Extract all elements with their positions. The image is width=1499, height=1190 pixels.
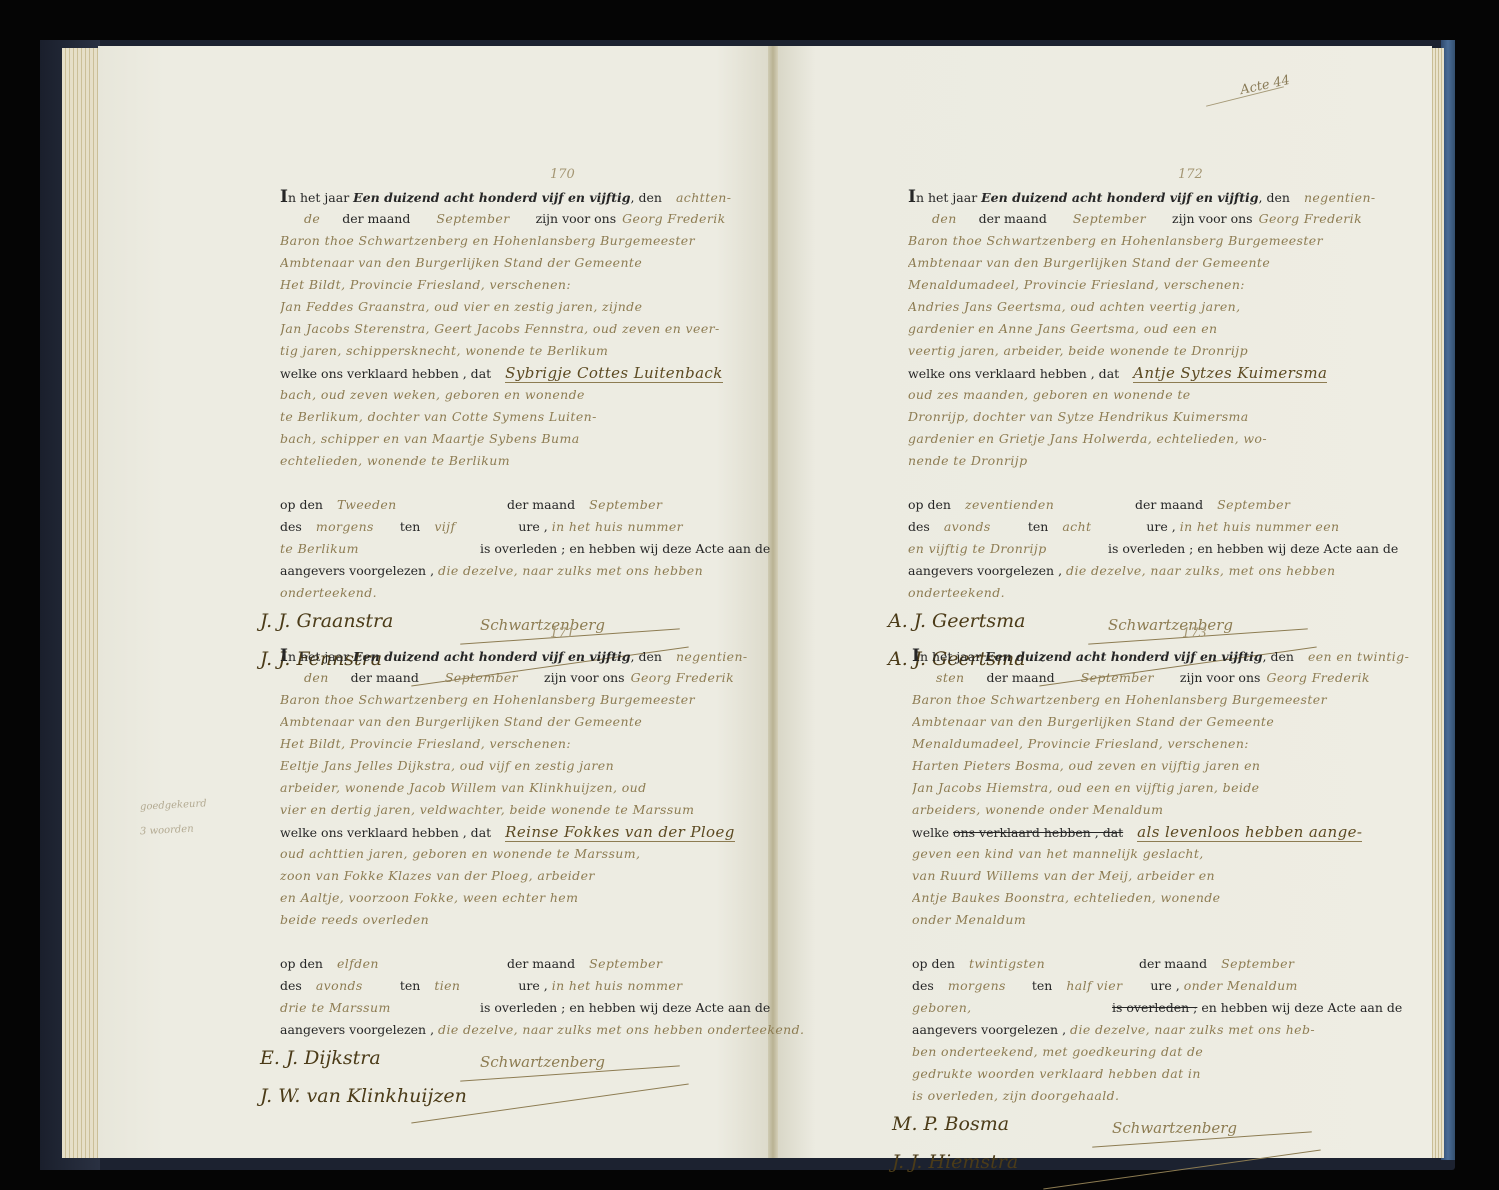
handwritten-day: negentien-: [676, 649, 748, 664]
handwritten-line: geven een kind van het mannelijk geslach…: [912, 843, 1372, 865]
place-cont: te Berlikum: [280, 538, 480, 560]
handwritten-line: oud achttien jaren, geboren en wonende t…: [280, 843, 740, 865]
handwritten-month: September: [1081, 670, 1154, 685]
place-cont: drie te Marssum: [280, 997, 480, 1019]
handwritten-official: Georg Frederik: [1266, 670, 1369, 685]
handwritten-line: nende te Dronrijp: [908, 450, 1368, 472]
death-record-170: 170In het jaar Een duizend acht honderd …: [280, 186, 740, 604]
form-line-1: In het jaar Een duizend acht honderd vij…: [908, 186, 1368, 208]
form-text: zijn voor ons: [1172, 211, 1253, 226]
form-line-1: In het jaar Een duizend acht honderd vij…: [280, 186, 740, 208]
handwritten-line: arbeiders, wonende onder Menaldum: [912, 799, 1372, 821]
form-text: der maand: [507, 956, 575, 971]
handwritten-day-cont: den: [932, 211, 957, 226]
handwritten-line: Ambtenaar van den Burgerlijken Stand der…: [912, 711, 1372, 733]
handwritten-line: onder Menaldum: [912, 909, 1372, 931]
form-text: des: [912, 978, 934, 993]
spacer: [908, 472, 1368, 494]
form-line-des: desmorgenstenvijfure ,in het huis nummer: [280, 516, 740, 538]
handwritten-line: arbeider, wonende Jacob Willem van Klink…: [280, 777, 740, 799]
form-text: en hebben wij deze Acte aan de: [1197, 1000, 1402, 1015]
place: onder Menaldum: [1184, 978, 1298, 993]
form-text: ure ,: [1150, 978, 1179, 993]
deceased-name: als levenloos hebben aange-: [1137, 823, 1362, 842]
handwritten-line: Jan Jacobs Sterenstra, Geert Jacobs Fenn…: [280, 318, 740, 340]
handwritten-line: Het Bildt, Provincie Friesland, verschen…: [280, 733, 740, 755]
death-record-172: 172In het jaar Een duizend acht honderd …: [908, 186, 1368, 604]
form-line-des: desavondstenachture ,in het huis nummer …: [908, 516, 1368, 538]
year-words: Een duizend acht honderd vijf en vijftig: [353, 649, 630, 664]
place-cont: en vijftig te Dronrijp: [908, 538, 1108, 560]
form-line-2: stender maandSeptemberzijn voor onsGeorg…: [912, 667, 1372, 689]
form-line-op-den: op denelfdender maandSeptember: [280, 953, 740, 975]
form-line-overleden: te Berlikumis overleden ; en hebben wij …: [280, 538, 740, 560]
form-text: n het jaar: [920, 649, 985, 664]
witness-signature: E. J. Dijkstra: [260, 1047, 381, 1069]
handwritten-line: gardenier en Anne Jans Geertsma, oud een…: [908, 318, 1368, 340]
place: in het huis nommer: [552, 978, 683, 993]
handwritten-official: Georg Frederik: [631, 670, 734, 685]
witness-signature: A. J. Geertsma: [888, 610, 1026, 632]
form-text: is overleden ; en hebben wij deze Acte a…: [480, 541, 770, 556]
form-text: op den: [908, 497, 951, 512]
handwritten-line: Eeltje Jans Jelles Dijkstra, oud vijf en…: [280, 755, 740, 777]
death-record-171: 171In het jaar Een duizend acht honderd …: [280, 645, 740, 1041]
official-signature: Schwartzenberg: [1112, 1117, 1237, 1139]
death-day: zeventienden: [965, 494, 1135, 516]
form-text: der maand: [507, 497, 575, 512]
form-text: ure ,: [518, 519, 547, 534]
form-line-op-den: op dentwintigstender maandSeptember: [912, 953, 1372, 975]
place: in het huis nummer: [552, 519, 683, 534]
form-text: , den: [1263, 649, 1294, 664]
page-edges-left: [62, 48, 102, 1158]
death-month: September: [1217, 497, 1290, 512]
form-text: ten: [400, 978, 420, 993]
handwritten-day: negentien-: [1304, 190, 1376, 205]
handwritten-line: gedrukte woorden verklaard hebben dat in: [912, 1063, 1372, 1085]
death-month: September: [589, 956, 662, 971]
initial-letter: I: [280, 646, 288, 666]
time-of-day: morgens: [316, 516, 400, 538]
death-month: September: [589, 497, 662, 512]
official-signature: Schwartzenberg: [480, 1051, 605, 1073]
form-line-1: In het jaar Een duizend acht honderd vij…: [912, 645, 1372, 667]
hour: tien: [434, 975, 518, 997]
handwritten-day-cont: de: [304, 211, 320, 226]
form-text: welke ons verklaard hebben , dat: [908, 366, 1119, 381]
official-signature: Schwartzenberg: [1108, 614, 1233, 636]
handwritten-line: onderteekend.: [908, 582, 1368, 604]
form-text: der maand: [1139, 956, 1207, 971]
handwritten-line: Jan Feddes Graanstra, oud vier en zestig…: [280, 296, 740, 318]
form-text: n het jaar: [288, 190, 353, 205]
spacer: [280, 472, 740, 494]
form-text: is overleden ; en hebben wij deze Acte a…: [1108, 541, 1398, 556]
time-of-day: avonds: [944, 516, 1028, 538]
witness-signature: J. J. Hiemstra: [892, 1151, 1018, 1173]
form-text: zijn voor ons: [544, 670, 625, 685]
form-line-op-den: op denzeventiendender maandSeptember: [908, 494, 1368, 516]
form-text: , den: [1259, 190, 1290, 205]
form-text: op den: [912, 956, 955, 971]
handwritten-line: Andries Jans Geertsma, oud achten veerti…: [908, 296, 1368, 318]
handwritten-line: van Ruurd Willems van der Meij, arbeider…: [912, 865, 1372, 887]
handwritten-line: te Berlikum, dochter van Cotte Symens Lu…: [280, 406, 740, 428]
form-text: der maand: [342, 211, 410, 226]
form-text: n het jaar: [916, 190, 981, 205]
year-words: Een duizend acht honderd vijf en vijftig: [985, 649, 1262, 664]
death-day: Tweeden: [337, 494, 507, 516]
struck-text: is overleden ;: [1112, 1000, 1197, 1015]
form-text: , den: [631, 649, 662, 664]
handwritten-line: Ambtenaar van den Burgerlijken Stand der…: [280, 711, 740, 733]
form-text: welke ons verklaard hebben , dat: [280, 366, 491, 381]
handwritten-line: bach, schipper en van Maartje Sybens Bum…: [280, 428, 740, 450]
death-day: twintigsten: [969, 953, 1139, 975]
form-line-overleden: en vijftig te Dronrijpis overleden ; en …: [908, 538, 1368, 560]
handwritten-line: onderteekend.: [280, 582, 740, 604]
form-text: der maand: [979, 211, 1047, 226]
handwritten-line: tig jaren, schippersknecht, wonende te B…: [280, 340, 740, 362]
read-note: die dezelve, naar zulks, met ons hebben: [1066, 563, 1335, 578]
death-day: elfden: [337, 953, 507, 975]
handwritten-line: Baron thoe Schwartzenberg en Hohenlansbe…: [280, 689, 740, 711]
form-line-2: dender maandSeptemberzijn voor onsGeorg …: [280, 667, 740, 689]
form-text: ure ,: [1146, 519, 1175, 534]
form-text: op den: [280, 497, 323, 512]
handwritten-line: beide reeds overleden: [280, 909, 740, 931]
death-month: September: [1221, 956, 1294, 971]
form-line-welke: welke ons verklaard hebben , datSybrigje…: [280, 362, 740, 384]
handwritten-month: September: [436, 211, 509, 226]
witness-signature: J. J. Graanstra: [260, 610, 393, 632]
form-line-2: dender maandSeptemberzijn voor onsGeorg …: [908, 208, 1368, 230]
hour: vijf: [434, 516, 518, 538]
handwritten-line: Baron thoe Schwartzenberg en Hohenlansbe…: [912, 689, 1372, 711]
form-text: aangevers voorgelezen ,: [912, 1022, 1066, 1037]
form-line-des: desavondstentienure ,in het huis nommer: [280, 975, 740, 997]
form-text: zijn voor ons: [1180, 670, 1261, 685]
form-text: is overleden ; en hebben wij deze Acte a…: [480, 1000, 770, 1015]
form-text: der maand: [1135, 497, 1203, 512]
handwritten-line: Menaldumadeel, Provincie Friesland, vers…: [908, 274, 1368, 296]
form-text: der maand: [987, 670, 1055, 685]
initial-letter: I: [280, 187, 288, 207]
read-note: die dezelve, naar zulks met ons heb-: [1070, 1022, 1315, 1037]
witness-signature: M. P. Bosma: [892, 1113, 1009, 1135]
deceased-name: Antje Sytzes Kuimersma: [1133, 364, 1327, 383]
hour: half vier: [1066, 975, 1150, 997]
form-text: des: [908, 519, 930, 534]
form-text: aangevers voorgelezen ,: [908, 563, 1062, 578]
form-line-aangevers: aangevers voorgelezen ,die dezelve, naar…: [912, 1019, 1372, 1041]
handwritten-day-cont: sten: [936, 670, 965, 685]
spacer: [280, 931, 740, 953]
page-edges-right: [1430, 48, 1444, 1158]
deceased-name: Reinse Fokkes van der Ploeg: [505, 823, 735, 842]
book-gutter: [768, 46, 778, 1158]
handwritten-line: oud zes maanden, geboren en wonende te: [908, 384, 1368, 406]
form-text: ten: [1028, 519, 1048, 534]
handwritten-line: veertig jaren, arbeider, beide wonende t…: [908, 340, 1368, 362]
form-text: welke: [912, 825, 953, 840]
handwritten-line: is overleden, zijn doorgehaald.: [912, 1085, 1372, 1107]
time-of-day: avonds: [316, 975, 400, 997]
form-line-welke: welke ons verklaard hebben , datAntje Sy…: [908, 362, 1368, 384]
form-text: aangevers voorgelezen ,: [280, 1022, 434, 1037]
struck-text: ons verklaard hebben , dat: [953, 825, 1123, 840]
handwritten-line: Het Bildt, Provincie Friesland, verschen…: [280, 274, 740, 296]
form-text: n het jaar: [288, 649, 353, 664]
handwritten-day-cont: den: [304, 670, 329, 685]
form-text: ten: [400, 519, 420, 534]
form-text: aangevers voorgelezen ,: [280, 563, 434, 578]
handwritten-official: Georg Frederik: [1259, 211, 1362, 226]
form-line-overleden: geboren,is overleden ; en hebben wij dez…: [912, 997, 1372, 1019]
initial-letter: I: [908, 187, 916, 207]
death-record-173: 173In het jaar Een duizend acht honderd …: [912, 645, 1372, 1107]
read-note: die dezelve, naar zulks met ons hebben o…: [438, 1022, 804, 1037]
initial-letter: I: [912, 646, 920, 666]
act-number: 172: [1178, 164, 1203, 186]
handwritten-month: September: [445, 670, 518, 685]
form-line-welke: welke ons verklaard hebben , datReinse F…: [280, 821, 740, 843]
place-cont: geboren,: [912, 997, 1112, 1019]
handwritten-month: September: [1073, 211, 1146, 226]
handwritten-line: ben onderteekend, met goedkeuring dat de: [912, 1041, 1372, 1063]
act-number: 171: [550, 623, 575, 645]
handwritten-line: echtelieden, wonende te Berlikum: [280, 450, 740, 472]
form-line-welke: welke ons verklaard hebben , datals leve…: [912, 821, 1372, 843]
form-text: zijn voor ons: [536, 211, 617, 226]
form-text: , den: [631, 190, 662, 205]
handwritten-line: Antje Baukes Boonstra, echtelieden, wone…: [912, 887, 1372, 909]
handwritten-line: Menaldumadeel, Provincie Friesland, vers…: [912, 733, 1372, 755]
form-line-aangevers: aangevers voorgelezen ,die dezelve, naar…: [280, 560, 740, 582]
year-words: Een duizend acht honderd vijf en vijftig: [981, 190, 1258, 205]
handwritten-line: Ambtenaar van den Burgerlijken Stand der…: [908, 252, 1368, 274]
handwritten-line: Harten Pieters Bosma, oud zeven en vijft…: [912, 755, 1372, 777]
form-text: des: [280, 978, 302, 993]
handwritten-line: vier en dertig jaren, veldwachter, beide…: [280, 799, 740, 821]
handwritten-day: een en twintig-: [1308, 649, 1409, 664]
handwritten-line: Ambtenaar van den Burgerlijken Stand der…: [280, 252, 740, 274]
spacer: [912, 931, 1372, 953]
form-line-overleden: drie te Marssumis overleden ; en hebben …: [280, 997, 740, 1019]
form-text: welke ons verklaard hebben , dat: [280, 825, 491, 840]
form-line-aangevers: aangevers voorgelezen ,die dezelve, naar…: [908, 560, 1368, 582]
handwritten-line: Baron thoe Schwartzenberg en Hohenlansbe…: [908, 230, 1368, 252]
form-text: ure ,: [518, 978, 547, 993]
handwritten-line: zoon van Fokke Klazes van der Ploeg, arb…: [280, 865, 740, 887]
handwritten-line: en Aaltje, voorzoon Fokke, ween echter h…: [280, 887, 740, 909]
deceased-name: Sybrigje Cottes Luitenback: [505, 364, 723, 383]
act-number: 170: [550, 164, 575, 186]
year-words: Een duizend acht honderd vijf en vijftig: [353, 190, 630, 205]
handwritten-official: Georg Frederik: [622, 211, 725, 226]
handwritten-line: Baron thoe Schwartzenberg en Hohenlansbe…: [280, 230, 740, 252]
form-text: op den: [280, 956, 323, 971]
form-line-2: deder maandSeptemberzijn voor onsGeorg F…: [280, 208, 740, 230]
handwritten-line: Jan Jacobs Hiemstra, oud een en vijftig …: [912, 777, 1372, 799]
hour: acht: [1062, 516, 1146, 538]
form-line-des: desmorgenstenhalf vierure ,onder Menaldu…: [912, 975, 1372, 997]
form-text: der maand: [351, 670, 419, 685]
handwritten-line: bach, oud zeven weken, geboren en wonend…: [280, 384, 740, 406]
form-line-1: In het jaar Een duizend acht honderd vij…: [280, 645, 740, 667]
witness-signature: J. W. van Klinkhuijzen: [260, 1085, 467, 1107]
form-text: des: [280, 519, 302, 534]
read-note: die dezelve, naar zulks met ons hebben: [438, 563, 703, 578]
handwritten-day: achtten-: [676, 190, 731, 205]
act-number: 173: [1182, 623, 1207, 645]
place: in het huis nummer een: [1180, 519, 1340, 534]
handwritten-line: Dronrijp, dochter van Sytze Hendrikus Ku…: [908, 406, 1368, 428]
form-text: ten: [1032, 978, 1052, 993]
handwritten-line: gardenier en Grietje Jans Holwerda, echt…: [908, 428, 1368, 450]
time-of-day: morgens: [948, 975, 1032, 997]
form-line-aangevers: aangevers voorgelezen ,die dezelve, naar…: [280, 1019, 740, 1041]
form-line-op-den: op denTweedender maandSeptember: [280, 494, 740, 516]
official-signature: Schwartzenberg: [480, 614, 605, 636]
